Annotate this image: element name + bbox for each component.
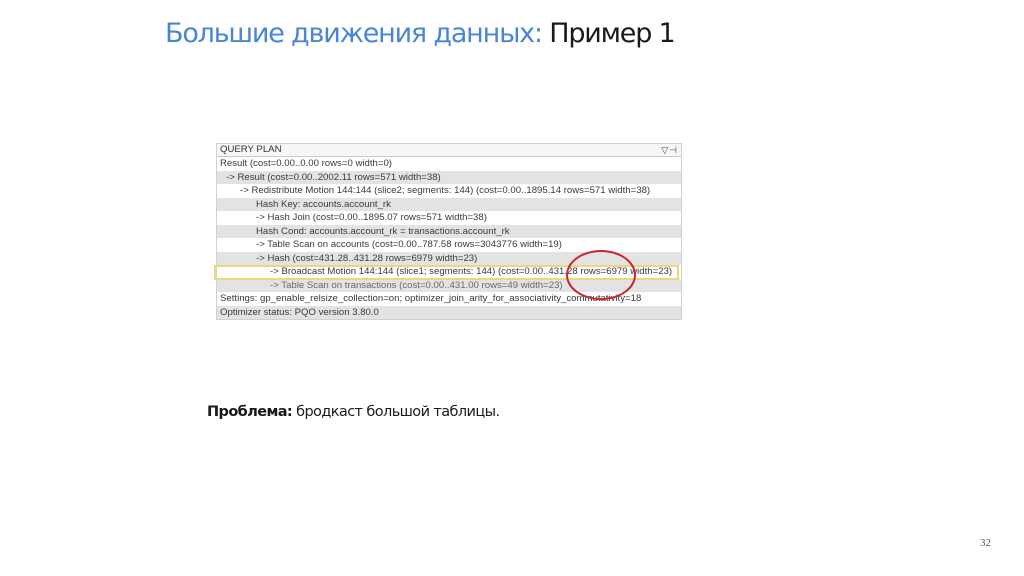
- query-plan-row[interactable]: Settings: gp_enable_relsize_collection=o…: [217, 292, 681, 306]
- query-plan-row[interactable]: Hash Key: accounts.account_rk: [217, 198, 681, 212]
- problem-label: Проблема:: [207, 404, 292, 420]
- page-number: 32: [980, 537, 991, 549]
- query-plan-row[interactable]: -> Hash Join (cost=0.00..1895.07 rows=57…: [217, 211, 681, 225]
- query-plan-grid: QUERY PLAN ▽⊣ Result (cost=0.00..0.00 ro…: [216, 143, 682, 320]
- query-plan-row[interactable]: Hash Cond: accounts.account_rk = transac…: [217, 225, 681, 239]
- query-plan-row[interactable]: -> Hash (cost=431.28..431.28 rows=6979 w…: [217, 252, 681, 266]
- query-plan-row[interactable]: -> Table Scan on transactions (cost=0.00…: [217, 279, 681, 293]
- query-plan-column-label: QUERY PLAN: [220, 144, 282, 155]
- query-plan-row-highlighted[interactable]: -> Broadcast Motion 144:144 (slice1; seg…: [217, 265, 681, 279]
- header-tools: ▽⊣: [661, 144, 678, 156]
- query-plan-rows: Result (cost=0.00..0.00 rows=0 width=0)-…: [217, 157, 681, 319]
- query-plan-row[interactable]: -> Result (cost=0.00..2002.11 rows=571 w…: [217, 171, 681, 185]
- title-rest: Пример 1: [549, 18, 674, 49]
- query-plan-header: QUERY PLAN ▽⊣: [217, 144, 681, 157]
- slide-title: Большие движения данных: Пример 1: [165, 14, 675, 54]
- query-plan-row[interactable]: Optimizer status: PQO version 3.80.0: [217, 306, 681, 320]
- query-plan-row[interactable]: Result (cost=0.00..0.00 rows=0 width=0): [217, 157, 681, 171]
- filter-icon[interactable]: ▽: [661, 145, 669, 155]
- problem-text: бродкаст большой таблицы.: [292, 404, 499, 420]
- slide: Большие движения данных: Пример 1 QUERY …: [0, 0, 1024, 576]
- query-plan-row[interactable]: -> Table Scan on accounts (cost=0.00..78…: [217, 238, 681, 252]
- problem-statement: Проблема: бродкаст большой таблицы.: [207, 404, 500, 420]
- query-plan-row[interactable]: -> Redistribute Motion 144:144 (slice2; …: [217, 184, 681, 198]
- title-accent: Большие движения данных:: [165, 18, 542, 49]
- pin-icon[interactable]: ⊣: [669, 145, 678, 155]
